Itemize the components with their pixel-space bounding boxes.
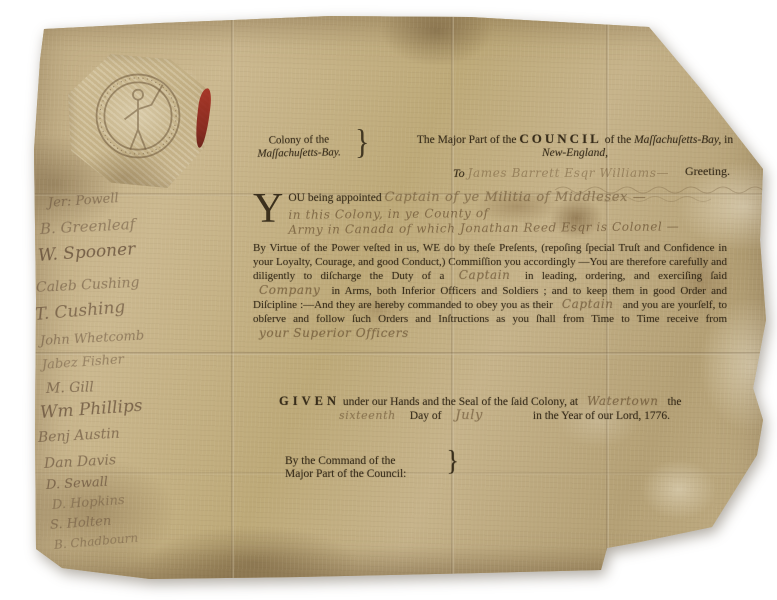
embossed-paper-seal (68, 54, 210, 188)
council-signature: B. Chadbourn (53, 531, 138, 552)
command-line1: By the Command of the (285, 455, 455, 468)
council-signature: M. Gill (46, 379, 94, 397)
appointed-print-text: OU being appointed (288, 192, 381, 204)
handwritten-rank-2: Captain (556, 297, 620, 311)
council-signature: John Whetcomb (40, 329, 145, 349)
given-line2: sixteenth Day of July in the Year of our… (339, 409, 719, 423)
colony-heading: Colony of the Maſſachuſetts-Bay. (245, 133, 353, 160)
council-mid: of the (605, 134, 632, 146)
council-signature: Benj Austin (38, 426, 121, 446)
handwritten-rank-1: Captain (453, 268, 517, 282)
council-signature: T. Cushing (34, 297, 126, 325)
document-photo: Colony of the Maſſachuſetts-Bay. } The M… (0, 0, 777, 600)
council-signature: Wm Phillips (39, 396, 143, 423)
council-signature: D. Sewall (46, 475, 109, 493)
paragraph-segment: in leading, ordering, and exerciſing ſai… (525, 270, 727, 282)
council-colony: Maſſachuſetts-Bay, (634, 134, 721, 146)
council-signature: D. Hopkins (51, 493, 125, 513)
appointed-handwriting-1: Captain of ye Militia of Middlesex — (384, 190, 646, 205)
appointment-clause: Y OU being appointed Captain of ye Milit… (253, 190, 733, 235)
council-line1: The Major Part of the COUNCIL of the Maſ… (399, 132, 751, 147)
council-word: COUNCIL (519, 131, 601, 146)
handwritten-superior-officers: your Superior Officers (253, 326, 415, 340)
council-signature: Jer: Powell (47, 191, 119, 211)
commission-document: Colony of the Maſſachuſetts-Bay. } The M… (33, 14, 767, 580)
given-line1: GIVEN under our Hands and the Seal of th… (279, 394, 719, 409)
council-signature: Dan Davis (44, 452, 117, 472)
commission-paragraph: By Virtue of the Power veſted in us, WE … (253, 242, 727, 341)
council-signature: W. Spooner (37, 239, 136, 266)
command-brace: } (447, 453, 459, 467)
given-segment-1: under our Hands and the Seal of the ſaid… (343, 396, 578, 408)
council-line2: New-England, (399, 147, 751, 160)
vertical-fold-line (231, 14, 234, 580)
council-signature: S. Holten (49, 514, 111, 533)
greeting-word: Greeting. (685, 164, 730, 179)
council-signature: Jabez Fisher (41, 352, 124, 373)
council-suffix: in (724, 134, 733, 146)
addressee-handwritten-name: James Barrett Esqr Williams— (468, 166, 670, 180)
given-segment-3: Day of (410, 409, 442, 423)
paper-sheet: Colony of the Maſſachuſetts-Bay. } The M… (33, 14, 767, 580)
given-segment-2: the (667, 396, 681, 408)
handwritten-place: Watertown (581, 394, 665, 408)
handwritten-month: July (455, 409, 483, 423)
appointed-line: OU being appointed Captain of ye Militia… (253, 190, 733, 205)
given-clause: GIVEN under our Hands and the Seal of th… (279, 394, 719, 423)
horizontal-fold-line (33, 352, 767, 355)
appointed-handwriting-3: Army in Canada of which Jonathan Reed Es… (267, 219, 733, 237)
council-signature: B. Greenleaf (40, 215, 136, 238)
colony-line2: Maſſachuſetts-Bay. (245, 146, 353, 160)
seal-figure-icon (82, 60, 194, 172)
command-line2: Major Part of the Council: (285, 468, 455, 481)
council-prefix: The Major Part of the (417, 134, 517, 146)
handwritten-unit: Company (253, 283, 326, 297)
council-heading: The Major Part of the COUNCIL of the Maſ… (399, 132, 751, 160)
to-label: To (453, 166, 465, 180)
given-word: GIVEN (279, 394, 340, 408)
colony-brace: } (355, 123, 369, 162)
handwritten-day: sixteenth (339, 409, 396, 423)
council-signature: Caleb Cushing (36, 275, 140, 296)
given-segment-4: in the Year of our Lord, 1776. (533, 409, 670, 423)
command-clause: By the Command of the Major Part of the … (285, 455, 455, 481)
